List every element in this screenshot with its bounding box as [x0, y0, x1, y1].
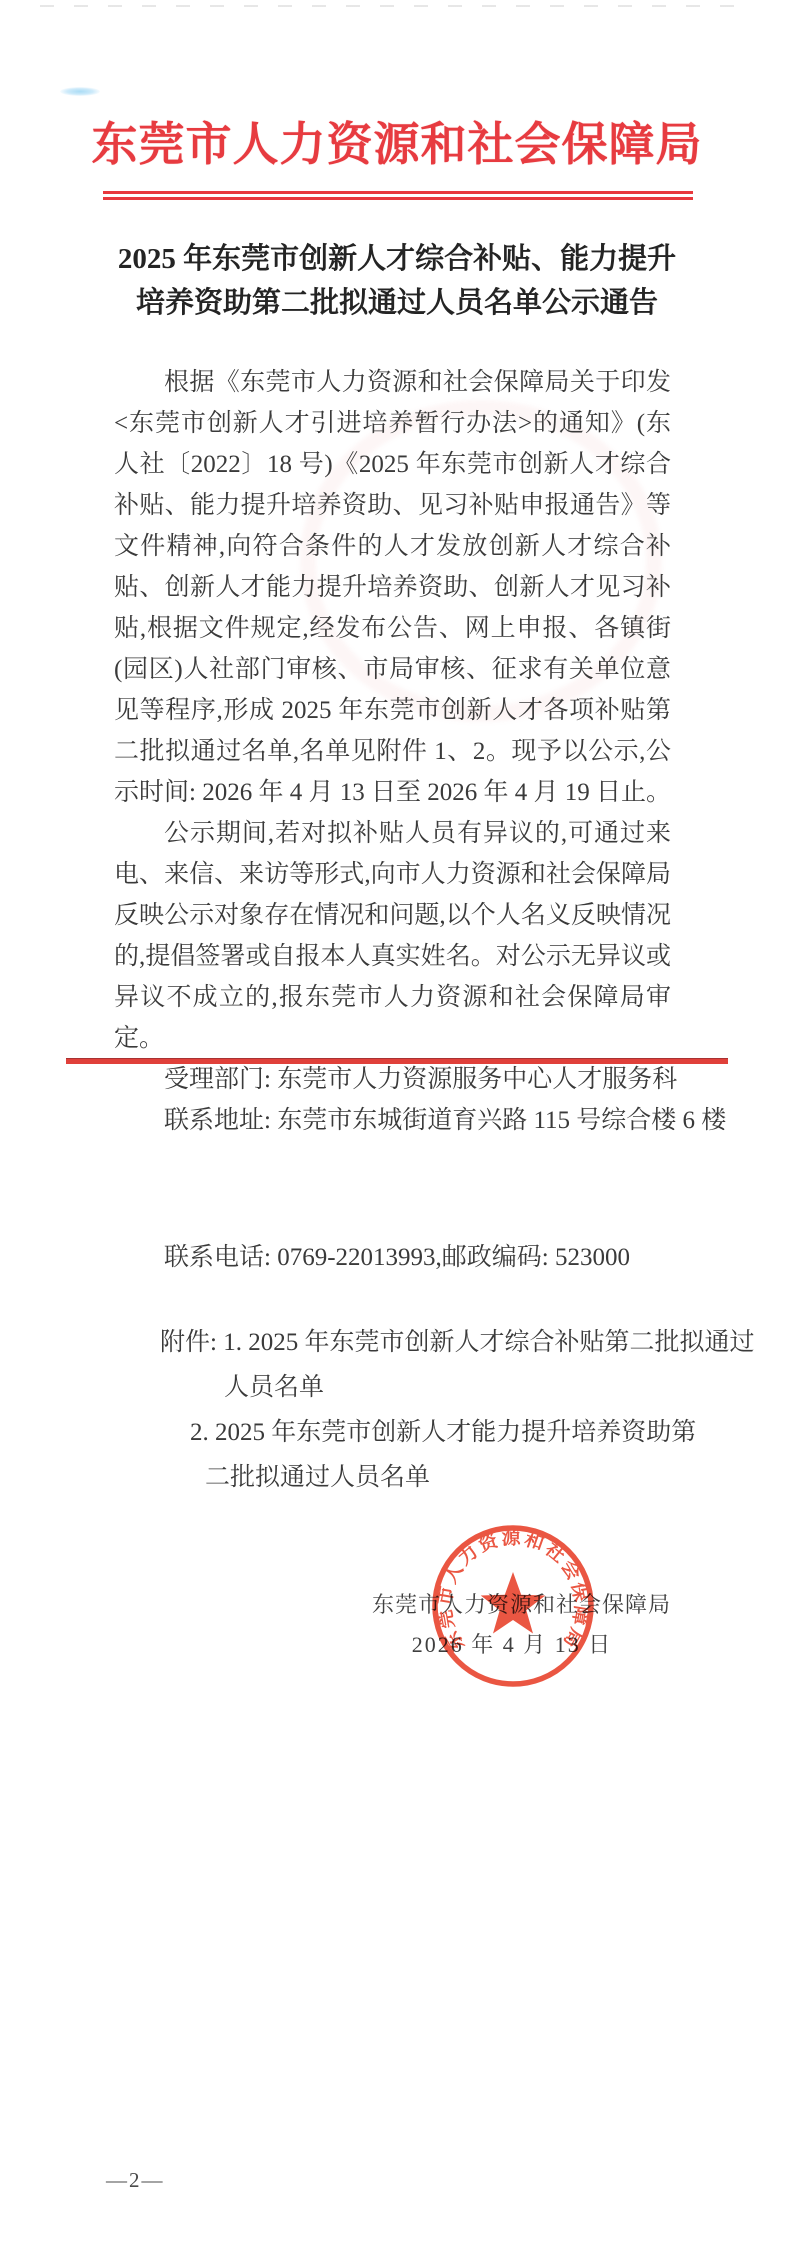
stamp-star-icon	[481, 1572, 546, 1634]
body-paragraph-2: 公示期间,若对拟补贴人员有异议的,可通过来电、来信、来访等形式,向市人力资源和社…	[114, 813, 671, 1059]
document-title-line2: 培养资助第二批拟通过人员名单公示通告	[60, 281, 734, 325]
scan-artifact-blue-smudge	[60, 87, 100, 96]
document-page: 东莞市人力资源和社会保障局 2025 年东莞市创新人才综合补贴、能力提升 培养资…	[0, 0, 794, 2244]
letterhead-org-name: 东莞市人力资源和社会保障局	[0, 108, 794, 174]
red-divider-rule	[66, 1058, 728, 1064]
document-title-line1: 2025 年东莞市创新人才综合补贴、能力提升	[60, 237, 734, 281]
attachments-block: 附件: 1. 2025 年东莞市创新人才综合补贴第二批拟通过 人员名单 2. 2…	[114, 1320, 714, 1500]
attachment-line-1: 附件: 1. 2025 年东莞市创新人才综合补贴第二批拟通过	[114, 1320, 714, 1365]
contact-address-line: 联系地址: 东莞市东城街道育兴路 115 号综合楼 6 楼	[114, 1100, 671, 1141]
body-paragraph-1: 根据《东莞市人力资源和社会保障局关于印发<东莞市创新人才引进培养暂行办法>的通知…	[114, 362, 671, 813]
official-stamp: 东莞市人力资源和社会保障局	[428, 1521, 598, 1691]
body-text: 根据《东莞市人力资源和社会保障局关于印发<东莞市创新人才引进培养暂行办法>的通知…	[114, 362, 671, 1141]
letterhead-double-rule	[103, 191, 693, 200]
contact-phone-line: 联系电话: 0769-22013993,邮政编码: 523000	[164, 1237, 630, 1278]
scan-artifact-top-dots	[40, 5, 740, 7]
attachment-line-4: 二批拟通过人员名单	[114, 1455, 714, 1500]
accept-department-line: 受理部门: 东莞市人力资源服务中心人才服务科	[114, 1059, 671, 1100]
page-number: —2—	[106, 2168, 165, 2193]
attachment-line-2: 人员名单	[114, 1365, 714, 1410]
document-title: 2025 年东莞市创新人才综合补贴、能力提升 培养资助第二批拟通过人员名单公示通…	[60, 237, 734, 325]
attachment-line-3: 2. 2025 年东莞市创新人才能力提升培养资助第	[114, 1410, 714, 1455]
